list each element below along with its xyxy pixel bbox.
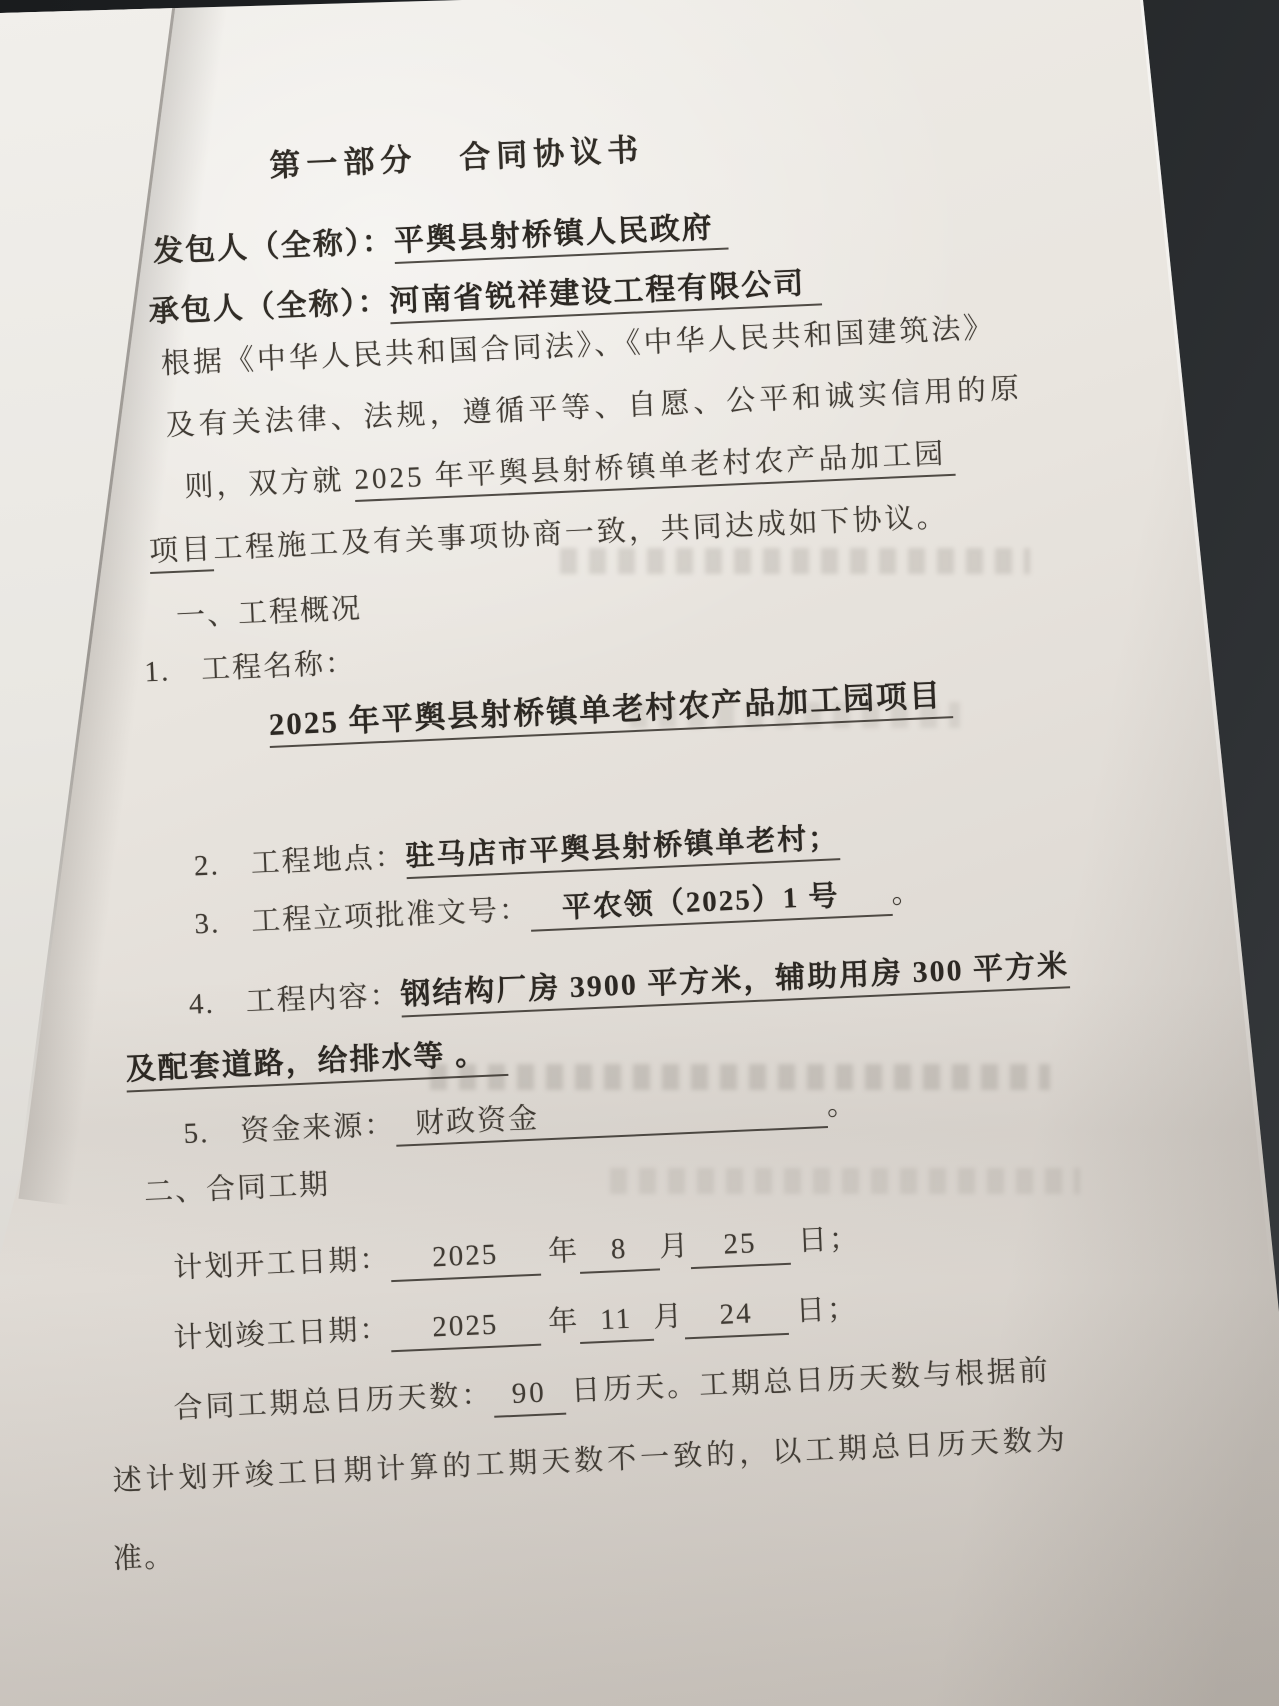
party-a-label: 发包人（全称）： xyxy=(152,225,394,268)
start-month-blank: 8 xyxy=(578,1231,660,1273)
item-5-label: 5. 资金来源： xyxy=(183,1109,396,1150)
title-part2: 合同协议书 xyxy=(459,132,645,175)
preamble-line-3-prefix: 则，双方就 xyxy=(184,464,355,503)
item-2-line: 2. 工程地点：驻马店市平舆县射桥镇单老村； xyxy=(193,815,840,884)
section-1-heading: 一、工程概况 xyxy=(175,586,363,635)
day-unit: 日； xyxy=(797,1223,860,1258)
item-3-value: 平农领（2025）1 号 xyxy=(529,878,892,932)
item-4-value: 钢结构厂房 3900 平方米，辅助用房 300 平方米 xyxy=(400,949,1070,1017)
contract-page: 第一部分合同协议书 发包人（全称）：平舆县射桥镇人民政府 承包人（全称）：河南省… xyxy=(0,0,1279,1706)
item-4-line: 4. 工程内容：钢结构厂房 3900 平方米，辅助用房 300 平方米 xyxy=(188,940,1070,1022)
start-date-label: 计划开工日期： xyxy=(173,1243,391,1284)
item-5-value: 财政资金 xyxy=(395,1090,828,1147)
duration-rest: 日历天。工期总日历天数与根据前 xyxy=(571,1354,1052,1407)
item-3-suffix: 。 xyxy=(891,877,923,910)
item-5-line: 5. 资金来源：财政资金。 xyxy=(183,1082,859,1152)
document-photo: 第一部分合同协议书 发包人（全称）：平舆县射桥镇人民政府 承包人（全称）：河南省… xyxy=(0,0,1279,1706)
duration-line-1: 合同工期总日历天数：90日历天。工期总日历天数与根据前 xyxy=(173,1347,1052,1431)
finish-date-line: 计划竣工日期：2025年11月24日； xyxy=(173,1286,859,1362)
duration-label: 合同工期总日历天数： xyxy=(173,1379,494,1425)
start-day-blank: 25 xyxy=(689,1226,791,1269)
project-name-inline: 2025 年平舆县射桥镇单老村农产品加工园 xyxy=(354,438,955,502)
start-year-blank: 2025 xyxy=(390,1237,542,1283)
contract-text: 第一部分合同协议书 发包人（全称）：平舆县射桥镇人民政府 承包人（全称）：河南省… xyxy=(0,0,1279,1704)
item-2-label: 2. 工程地点： xyxy=(193,841,406,882)
month-unit: 月 xyxy=(658,1230,690,1263)
item-1-value-line: 2025 年平舆县射桥镇单老村农产品加工园项目 xyxy=(268,669,953,744)
item-1-label: 1. 工程名称： xyxy=(143,640,356,690)
finish-date-label: 计划竣工日期： xyxy=(173,1313,391,1354)
item-5-suffix: 。 xyxy=(826,1089,858,1122)
item-2-value: 驻马店市平舆县射桥镇单老村； xyxy=(405,822,840,879)
item-4-value-2: 及配套道路，给排水等 。 xyxy=(125,1037,508,1093)
year-unit: 年 xyxy=(547,1235,579,1268)
party-a-line: 发包人（全称）：平舆县射桥镇人民政府 xyxy=(152,202,728,271)
title-part1: 第一部分 xyxy=(269,142,418,183)
finish-year-blank: 2025 xyxy=(390,1307,542,1353)
item-3-line: 3. 工程立项批准文号：平农领（2025）1 号。 xyxy=(194,870,924,943)
finish-month-blank: 11 xyxy=(579,1302,655,1344)
duration-line-3: 准。 xyxy=(112,1534,176,1578)
preamble-line-4-rest: 工程施工及有关事项协商一致，共同达成如下协议。 xyxy=(212,501,949,565)
year-unit: 年 xyxy=(548,1305,580,1338)
duration-value-blank: 90 xyxy=(493,1376,567,1418)
preamble-line-4-underlined: 项目 xyxy=(149,533,215,574)
section-2-heading: 二、合同工期 xyxy=(143,1162,331,1211)
duration-line-2: 述计划开竣工日期计算的工期天数不一致的，以工期总日历天数为 xyxy=(112,1417,1070,1500)
month-unit: 月 xyxy=(652,1300,684,1333)
day-unit: 日； xyxy=(795,1293,858,1328)
item-4-continuation: 及配套道路，给排水等 。 xyxy=(125,1028,508,1089)
preamble-line-3: 则，双方就 2025 年平舆县射桥镇单老村农产品加工园 xyxy=(183,431,955,506)
page-title: 第一部分合同协议书 xyxy=(268,124,645,185)
party-b-label: 承包人（全称）： xyxy=(148,285,390,328)
start-date-line: 计划开工日期：2025年8月25日； xyxy=(172,1216,860,1292)
finish-day-blank: 24 xyxy=(683,1296,789,1339)
item-4-label: 4. 工程内容： xyxy=(188,979,401,1020)
preamble-line-4: 项目工程施工及有关事项协商一致，共同达成如下协议。 xyxy=(148,494,949,570)
party-a-value: 平舆县射桥镇人民政府 xyxy=(393,210,728,264)
item-3-label: 3. 工程立项批准文号： xyxy=(194,894,531,941)
project-name: 2025 年平舆县射桥镇单老村农产品加工园项目 xyxy=(268,677,953,748)
